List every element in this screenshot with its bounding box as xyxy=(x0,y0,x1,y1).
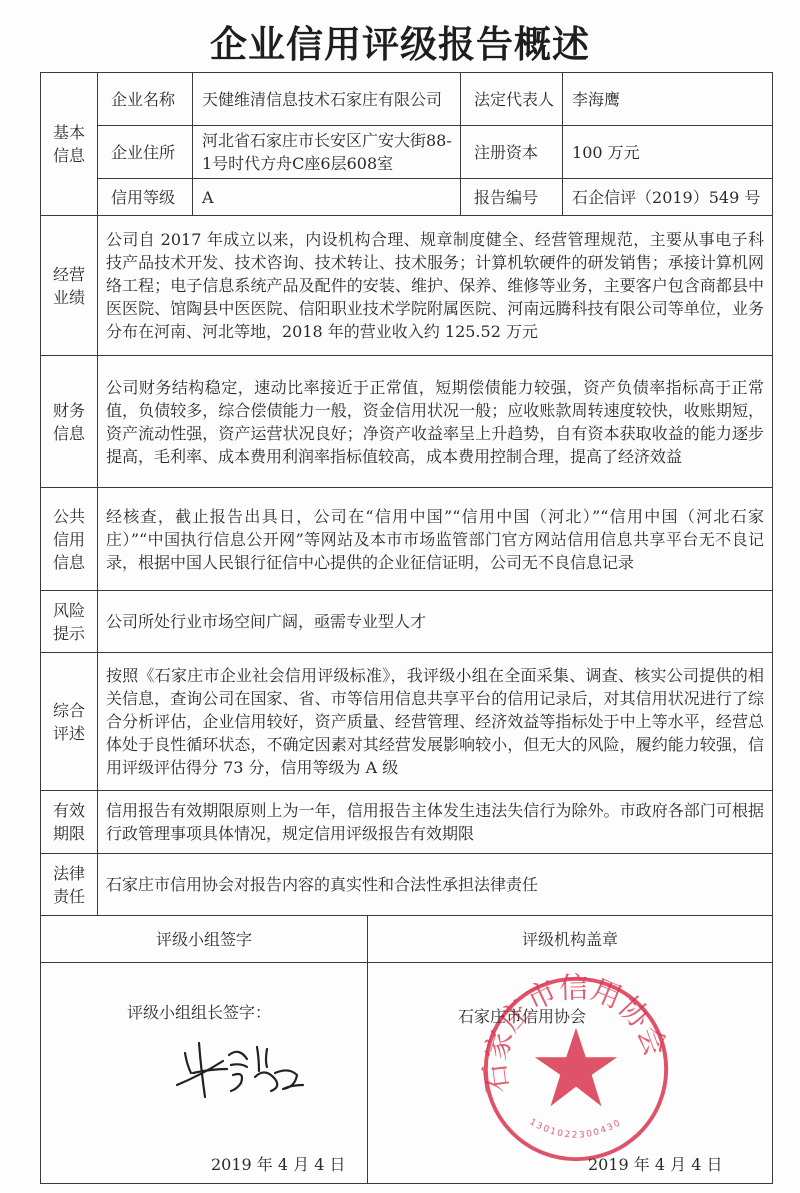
official-seal-icon: 石家庄市信用协会 1301022300430 xyxy=(478,971,674,1167)
report-no-label: 报告编号 xyxy=(461,179,563,216)
section-text-overall-review: 按照《石家庄市企业社会信用评级标准》，我评级小组在全面采集、调查、核实公司提供的… xyxy=(98,653,773,791)
company-name-value: 天健维清信息技术石家庄有限公司 xyxy=(193,73,461,126)
section-text-validity: 信用报告有效期限原则上为一年，信用报告主体发生违法失信行为除外。市政府各部门可根… xyxy=(98,791,773,854)
section-label-business-performance: 经营业绩 xyxy=(41,216,98,356)
section-label-overall-review: 综合评述 xyxy=(41,653,98,791)
org-name: 石家庄市信用协会 xyxy=(458,1005,586,1028)
section-label-financial-info: 财务信息 xyxy=(41,356,98,488)
section-label-validity: 有效期限 xyxy=(41,791,98,854)
section-text-risk-warning: 公司所处行业市场空间广阔，亟需专业型人才 xyxy=(98,591,773,653)
credit-report-table: 基本信息 企业名称 天健维清信息技术石家庄有限公司 法定代表人 李海鹰 企业住所… xyxy=(40,72,773,1184)
address-label: 企业住所 xyxy=(98,126,193,179)
org-stamp-date: 2019 年 4 月 4 日 xyxy=(588,1153,723,1176)
section-label-risk-warning: 风险提示 xyxy=(41,591,98,653)
registered-capital-label: 注册资本 xyxy=(461,126,563,179)
handwritten-signature-icon xyxy=(171,1039,311,1103)
org-stamp-header: 评级机构盖章 xyxy=(368,916,773,963)
team-signature-header: 评级小组签字 xyxy=(41,916,368,963)
section-text-public-credit-info: 经核查，截止报告出具日，公司在“信用中国”“信用中国（河北）”“信用中国（河北石… xyxy=(98,488,773,591)
section-label-basic-info: 基本信息 xyxy=(41,73,98,216)
page-title: 企业信用评级报告概述 xyxy=(0,14,800,68)
registered-capital-value: 100 万元 xyxy=(563,126,773,179)
section-text-business-performance: 公司自 2017 年成立以来，内设机构合理、规章制度健全、经营管理规范，主要从事… xyxy=(98,216,773,356)
team-signature-date: 2019 年 4 月 4 日 xyxy=(211,1153,346,1176)
credit-grade-label: 信用等级 xyxy=(98,179,193,216)
team-signature-cell: 评级小组组长签字： 2019 年 4 月 4 日 xyxy=(41,963,368,1184)
svg-text:1301022300430: 1301022300430 xyxy=(528,1117,624,1140)
credit-grade-value: A xyxy=(193,179,461,216)
section-label-public-credit-info: 公共信用信息 xyxy=(41,488,98,591)
section-text-financial-info: 公司财务结构稳定，速动比率接近于正常值，短期偿债能力较强，资产负债率指标高于正常… xyxy=(98,356,773,488)
section-label-legal-liability: 法律责任 xyxy=(41,854,98,916)
legal-rep-label: 法定代表人 xyxy=(461,73,563,126)
org-stamp-cell: 石家庄市信用协会 1301022300430 石家庄市信用协会 2019 年 4… xyxy=(368,963,773,1184)
address-value: 河北省石家庄市长安区广安大街88-1号时代方舟C座6层608室 xyxy=(193,126,461,179)
leader-signature-prompt: 评级小组组长签字： xyxy=(127,1001,271,1024)
report-no-value: 石企信评（2019）549 号 xyxy=(563,179,773,216)
section-text-legal-liability: 石家庄市信用协会对报告内容的真实性和合法性承担法律责任 xyxy=(98,854,773,916)
legal-rep-value: 李海鹰 xyxy=(563,73,773,126)
company-name-label: 企业名称 xyxy=(98,73,193,126)
